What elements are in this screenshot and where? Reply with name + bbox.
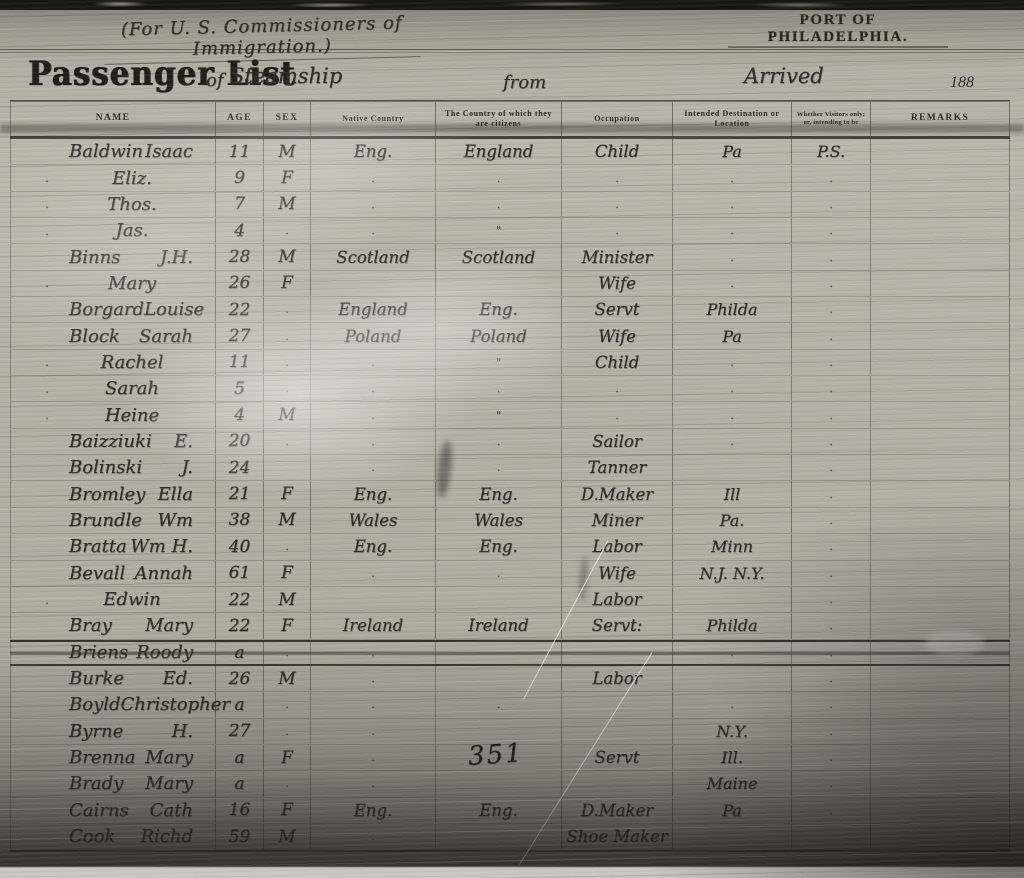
cell-occ [562,692,673,717]
cell-age: a [216,692,264,717]
cell-occ: . [562,192,673,217]
cell-name: BolinskiJ. [10,455,216,480]
cell-name: BinnsJ.H. [10,244,216,269]
cell-visit: . [792,561,871,586]
cell-age: 27 [216,323,264,348]
cell-native: . [311,745,436,770]
cell-sex: . [264,297,311,322]
cell-remarks [871,642,1010,664]
cell-citizen [436,824,562,849]
cell-visit: . [792,481,871,506]
cell-native: Scotland [311,244,436,269]
cell-remarks [871,534,1010,559]
cell-citizen: . [436,561,562,586]
cell-remarks [871,402,1010,427]
cell-occ: Servt: [562,613,673,638]
cell-name: CairnsCath [10,798,216,823]
cell-citizen: " [436,218,562,243]
cell-age: 61 [216,561,264,586]
cell-occ: Miner [562,508,673,533]
table-row: BrundleWm38MWalesWalesMinerPa.. [10,508,1010,534]
cell-name: .Eliz. [10,165,216,190]
cell-age: a [216,771,264,796]
cell-age: 7 [216,192,264,217]
cell-occ: Wife [562,271,673,296]
table-row: CookRichd59M.Shoe Maker [10,824,1010,850]
cell-dest: . [673,165,792,190]
cell-remarks [871,824,1010,849]
cell-dest: Pa [673,798,792,823]
cell-age: 4 [216,402,264,427]
cell-age: 40 [216,534,264,559]
cell-citizen: Wales [436,508,562,533]
photo-top-edge [0,0,1024,10]
cell-remarks [871,271,1010,296]
table-row: BoyldChristophera..... [10,692,1010,718]
cell-visit: . [792,271,871,296]
cell-visit: . [792,165,871,190]
cell-citizen [436,642,562,664]
table-row: .Eliz.9F..... [10,165,1010,191]
cell-citizen: Eng. [436,534,562,559]
cell-remarks [871,139,1010,164]
cell-citizen: Scotland [436,244,562,269]
cell-occ: Child [562,139,673,164]
table-row: BorgardLouise22.EnglandEng.ServtPhilda. [10,297,1010,323]
cell-sex: M [264,508,311,533]
cell-age: 27 [216,719,264,744]
title-steamship-label: Steamship [230,64,342,88]
table-row: BaizziukiE.20...Sailor.. [10,429,1010,455]
cell-sex: . [264,323,311,348]
cell-dest: Pa [673,139,792,164]
cell-sex: M [264,666,311,691]
cell-remarks [871,323,1010,348]
cell-native: Wales [311,508,436,533]
cell-remarks [871,771,1010,796]
col-header-visitors: Whether Visitors only; or, intending to … [792,102,871,136]
cell-dest: . [673,271,792,296]
cell-visit: . [792,798,871,823]
cell-visit: . [792,771,871,796]
cell-occ: Wife [562,561,673,586]
cell-visit: . [792,350,871,375]
table-row: .Thos.7M..... [10,192,1010,218]
cell-occ [562,771,673,796]
cell-dest: Ill. [673,745,792,770]
cell-sex: F [264,561,311,586]
cell-visit: . [792,218,871,243]
cell-visit: P.S. [792,139,871,164]
cell-sex: . [264,771,311,796]
cell-native: . [311,561,436,586]
cell-name: .Mary [10,271,216,296]
cell-dest [673,666,792,691]
cell-native: . [311,192,436,217]
cell-age: 11 [216,350,264,375]
cell-visit: . [792,508,871,533]
cell-sex: F [264,613,311,638]
cell-remarks [871,798,1010,823]
cell-native: . [311,824,436,849]
col-header-occupation: Occupation [562,102,673,136]
cell-citizen: . [436,376,562,401]
table-row: BlockSarah27.PolandPolandWifePa. [10,323,1010,349]
cell-dest: Pa. [673,508,792,533]
cell-dest: Ill [673,481,792,506]
cell-name: .Sarah [10,376,216,401]
cell-dest: . [673,218,792,243]
cell-citizen [436,666,562,691]
cell-native: . [311,719,436,744]
cell-sex: M [264,824,311,849]
cell-dest: Philda [673,297,792,322]
cell-native: . [311,402,436,427]
cell-dest: Pa [673,323,792,348]
cell-occ: Sailor [562,429,673,454]
passenger-list-photo: (For U. S. Commissioners of Immigration.… [0,0,1024,878]
cell-sex: M [264,192,311,217]
cell-age: 26 [216,271,264,296]
cell-dest [673,824,792,849]
cell-occ [562,719,673,744]
cell-visit: . [792,402,871,427]
cell-occ: Shoe Maker [562,824,673,849]
cell-remarks [871,745,1010,770]
title-of-label: of [206,70,224,91]
col-header-name: NAME [10,102,216,136]
cell-visit: . [792,613,871,638]
cell-occ: Servt [562,297,673,322]
cell-dest: . [673,692,792,717]
cell-occ: Tanner [562,455,673,480]
cell-citizen: . [436,165,562,190]
cell-name: BrattaWm H. [10,534,216,559]
cell-dest: . [673,244,792,269]
table-row: BrayMary22FIrelandIrelandServt:Philda. [10,613,1010,639]
cell-occ: Labor [562,587,673,612]
cell-name: BaldwinIsaac [10,139,216,164]
cell-native: . [311,692,436,717]
cell-native: . [311,666,436,691]
cell-native [311,587,436,612]
cell-visit: . [792,376,871,401]
table-row: .Heine4M."... [10,402,1010,428]
cell-remarks [871,481,1010,506]
table-row: BurkeEd.26M.Labor. [10,666,1010,692]
cell-remarks [871,218,1010,243]
cell-occ [562,642,673,664]
divider-rule [0,49,1024,53]
cell-sex: F [264,481,311,506]
cell-visit: . [792,692,871,717]
cell-name: BoyldChristopher [10,692,216,717]
cell-sex: . [264,719,311,744]
cell-remarks [871,719,1010,744]
cell-citizen: Eng. [436,297,562,322]
table-row: .Mary26FWife.. [10,271,1010,297]
cell-occ: . [562,402,673,427]
table-row: BradyMarya..Maine. [10,771,1010,797]
cell-visit: . [792,642,871,664]
col-header-native-country: Native Country [311,102,436,136]
cell-native: . [311,165,436,190]
cell-remarks [871,666,1010,691]
table-row: BevallAnnah61F..WifeN.J. N.Y.. [10,561,1010,587]
cell-sex: . [264,218,311,243]
cell-visit: . [792,192,871,217]
cell-dest: . [673,429,792,454]
cell-name: BorgardLouise [10,297,216,322]
cell-occ: . [562,218,673,243]
table-row: BrattaWm H.40.Eng.Eng.LaborMinn. [10,534,1010,560]
cell-remarks [871,587,1010,612]
cell-occ: Labor [562,666,673,691]
cell-remarks [871,455,1010,480]
cell-native: Eng. [311,139,436,164]
cell-remarks [871,613,1010,638]
cell-native: . [311,218,436,243]
cell-remarks [871,165,1010,190]
cell-visit: . [792,666,871,691]
cell-native: Ireland [311,613,436,638]
table-row: BaldwinIsaac11MEng.EnglandChildPaP.S. [10,139,1010,165]
title-from-label: from [503,72,546,93]
cell-native: England [311,297,436,322]
cell-name: BrayMary [10,613,216,638]
cell-name: BurkeEd. [10,666,216,691]
cell-citizen: . [436,455,562,480]
cell-visit: . [792,745,871,770]
cell-native: . [311,376,436,401]
cell-sex: F [264,745,311,770]
cell-sex: F [264,798,311,823]
cell-name: .Thos. [10,192,216,217]
cell-dest: N.J. N.Y. [673,561,792,586]
cell-occ: D.Maker [562,798,673,823]
cell-dest: . [673,350,792,375]
table-header: NAME AGE SEX Native Country The Country … [10,101,1010,139]
cell-dest: Maine [673,771,792,796]
cell-visit: . [792,534,871,559]
cell-occ: D.Maker [562,481,673,506]
cell-citizen [436,771,562,796]
cell-age: a [216,745,264,770]
cell-visit: . [792,429,871,454]
cell-visit: . [792,719,871,744]
cell-age: 11 [216,139,264,164]
col-header-citizen-country: The Country of which they are citizens [436,102,562,136]
cell-sex: . [264,350,311,375]
cell-native: . [311,350,436,375]
cell-age: 26 [216,666,264,691]
cell-age: 22 [216,297,264,322]
cell-visit: . [792,323,871,348]
col-header-sex: SEX [264,102,311,136]
cell-sex: F [264,271,311,296]
title-arrived-label: Arrived [744,64,824,88]
cell-dest: Minn [673,534,792,559]
cell-citizen [436,271,562,296]
cell-dest: N.Y. [673,719,792,744]
cell-sex: M [264,587,311,612]
cell-occ: . [562,376,673,401]
cell-citizen [436,587,562,612]
cell-age: 9 [216,165,264,190]
cell-dest: . [673,376,792,401]
cell-native [311,271,436,296]
port-title: PORT OF PHILADELPHIA. [728,12,948,48]
cell-citizen: England [436,139,562,164]
table-bottom-rule [10,850,1010,852]
cell-visit [792,824,871,849]
cell-age: 16 [216,798,264,823]
cell-sex: . [264,376,311,401]
table-row: .Sarah5...... [10,376,1010,402]
cell-occ: Minister [562,244,673,269]
cell-dest: . [673,402,792,427]
table-row: BromleyElla21FEng.Eng.D.MakerIll. [10,481,1010,507]
cell-dest [673,587,792,612]
cell-name: BriensRoody [10,642,216,664]
cell-sex [264,455,311,480]
cell-dest [673,455,792,480]
table-row: BolinskiJ.24..Tanner. [10,455,1010,481]
cell-name: BlockSarah [10,323,216,348]
cell-sex: . [264,692,311,717]
cell-name: BromleyElla [10,481,216,506]
table-row: .Rachel11.."Child.. [10,350,1010,376]
cell-name: .Rachel [10,350,216,375]
cell-citizen: " [436,350,562,375]
cell-remarks [871,429,1010,454]
cell-native: Poland [311,323,436,348]
cell-native: . [311,771,436,796]
col-header-remarks: REMARKS [871,102,1010,136]
cell-native: Eng. [311,798,436,823]
cell-citizen: " [436,402,562,427]
cell-citizen: Eng. [436,798,562,823]
cell-citizen: . [436,429,562,454]
cell-occ: Labor [562,534,673,559]
cell-citizen: Eng. [436,481,562,506]
cell-native: Eng. [311,534,436,559]
cell-dest: Philda [673,613,792,638]
cell-occ: Servt [562,745,673,770]
sheet-number: 351 [467,738,525,772]
cell-sex: M [264,244,311,269]
cell-citizen: . [436,192,562,217]
cell-age: 21 [216,481,264,506]
cell-age: 20 [216,429,264,454]
col-header-age: AGE [216,102,264,136]
cell-native: . [311,642,436,664]
table-row: .Edwin22MLabor. [10,587,1010,613]
cell-name: CookRichd [10,824,216,849]
cell-name: BradyMary [10,771,216,796]
cell-sex: . [264,534,311,559]
cell-age: 22 [216,587,264,612]
cell-remarks [871,192,1010,217]
cell-remarks [871,297,1010,322]
cell-citizen: Ireland [436,613,562,638]
table-row: BriensRoodya.... [10,640,1010,666]
cell-name: .Edwin [10,587,216,612]
cell-visit: . [792,587,871,612]
cell-age: 24 [216,455,264,480]
cell-sex: M [264,402,311,427]
cell-occ: Child [562,350,673,375]
cell-age: a [216,642,264,664]
cell-age: 4 [216,218,264,243]
cell-native: . [311,455,436,480]
cell-citizen: Poland [436,323,562,348]
cell-name: BaizziukiE. [10,429,216,454]
cell-name: BrundleWm [10,508,216,533]
cell-remarks [871,350,1010,375]
cell-remarks [871,244,1010,269]
cell-age: 5 [216,376,264,401]
cell-remarks [871,692,1010,717]
col-header-destination: Intended Destination or Location [673,102,792,136]
cell-sex: M [264,139,311,164]
cell-remarks [871,561,1010,586]
cell-visit: . [792,455,871,480]
cell-citizen: . [436,692,562,717]
cell-occ: Wife [562,323,673,348]
passenger-table: NAME AGE SEX Native Country The Country … [10,100,1010,850]
table-row: CairnsCath16FEng.Eng.D.MakerPa. [10,798,1010,824]
cell-age: 59 [216,824,264,849]
cell-age: 38 [216,508,264,533]
cell-name: .Jas. [10,218,216,243]
cell-name: BrennaMary [10,745,216,770]
cell-occ: . [562,165,673,190]
table-row: BinnsJ.H.28MScotlandScotlandMinister.. [10,244,1010,270]
table-row: .Jas.4.."... [10,218,1010,244]
cell-dest: . [673,642,792,664]
cell-sex: F [264,165,311,190]
cell-name: BevallAnnah [10,561,216,586]
cell-native: . [311,429,436,454]
cell-remarks [871,508,1010,533]
cell-sex: . [264,642,311,664]
cell-age: 22 [216,613,264,638]
cell-sex: . [264,429,311,454]
cell-visit: . [792,244,871,269]
cell-visit: . [792,297,871,322]
cell-native: Eng. [311,481,436,506]
cell-remarks [871,376,1010,401]
title-year-prefix: 188 [950,74,974,92]
cell-dest: . [673,192,792,217]
cell-name: ByrneH. [10,719,216,744]
cell-age: 28 [216,244,264,269]
cell-name: .Heine [10,402,216,427]
